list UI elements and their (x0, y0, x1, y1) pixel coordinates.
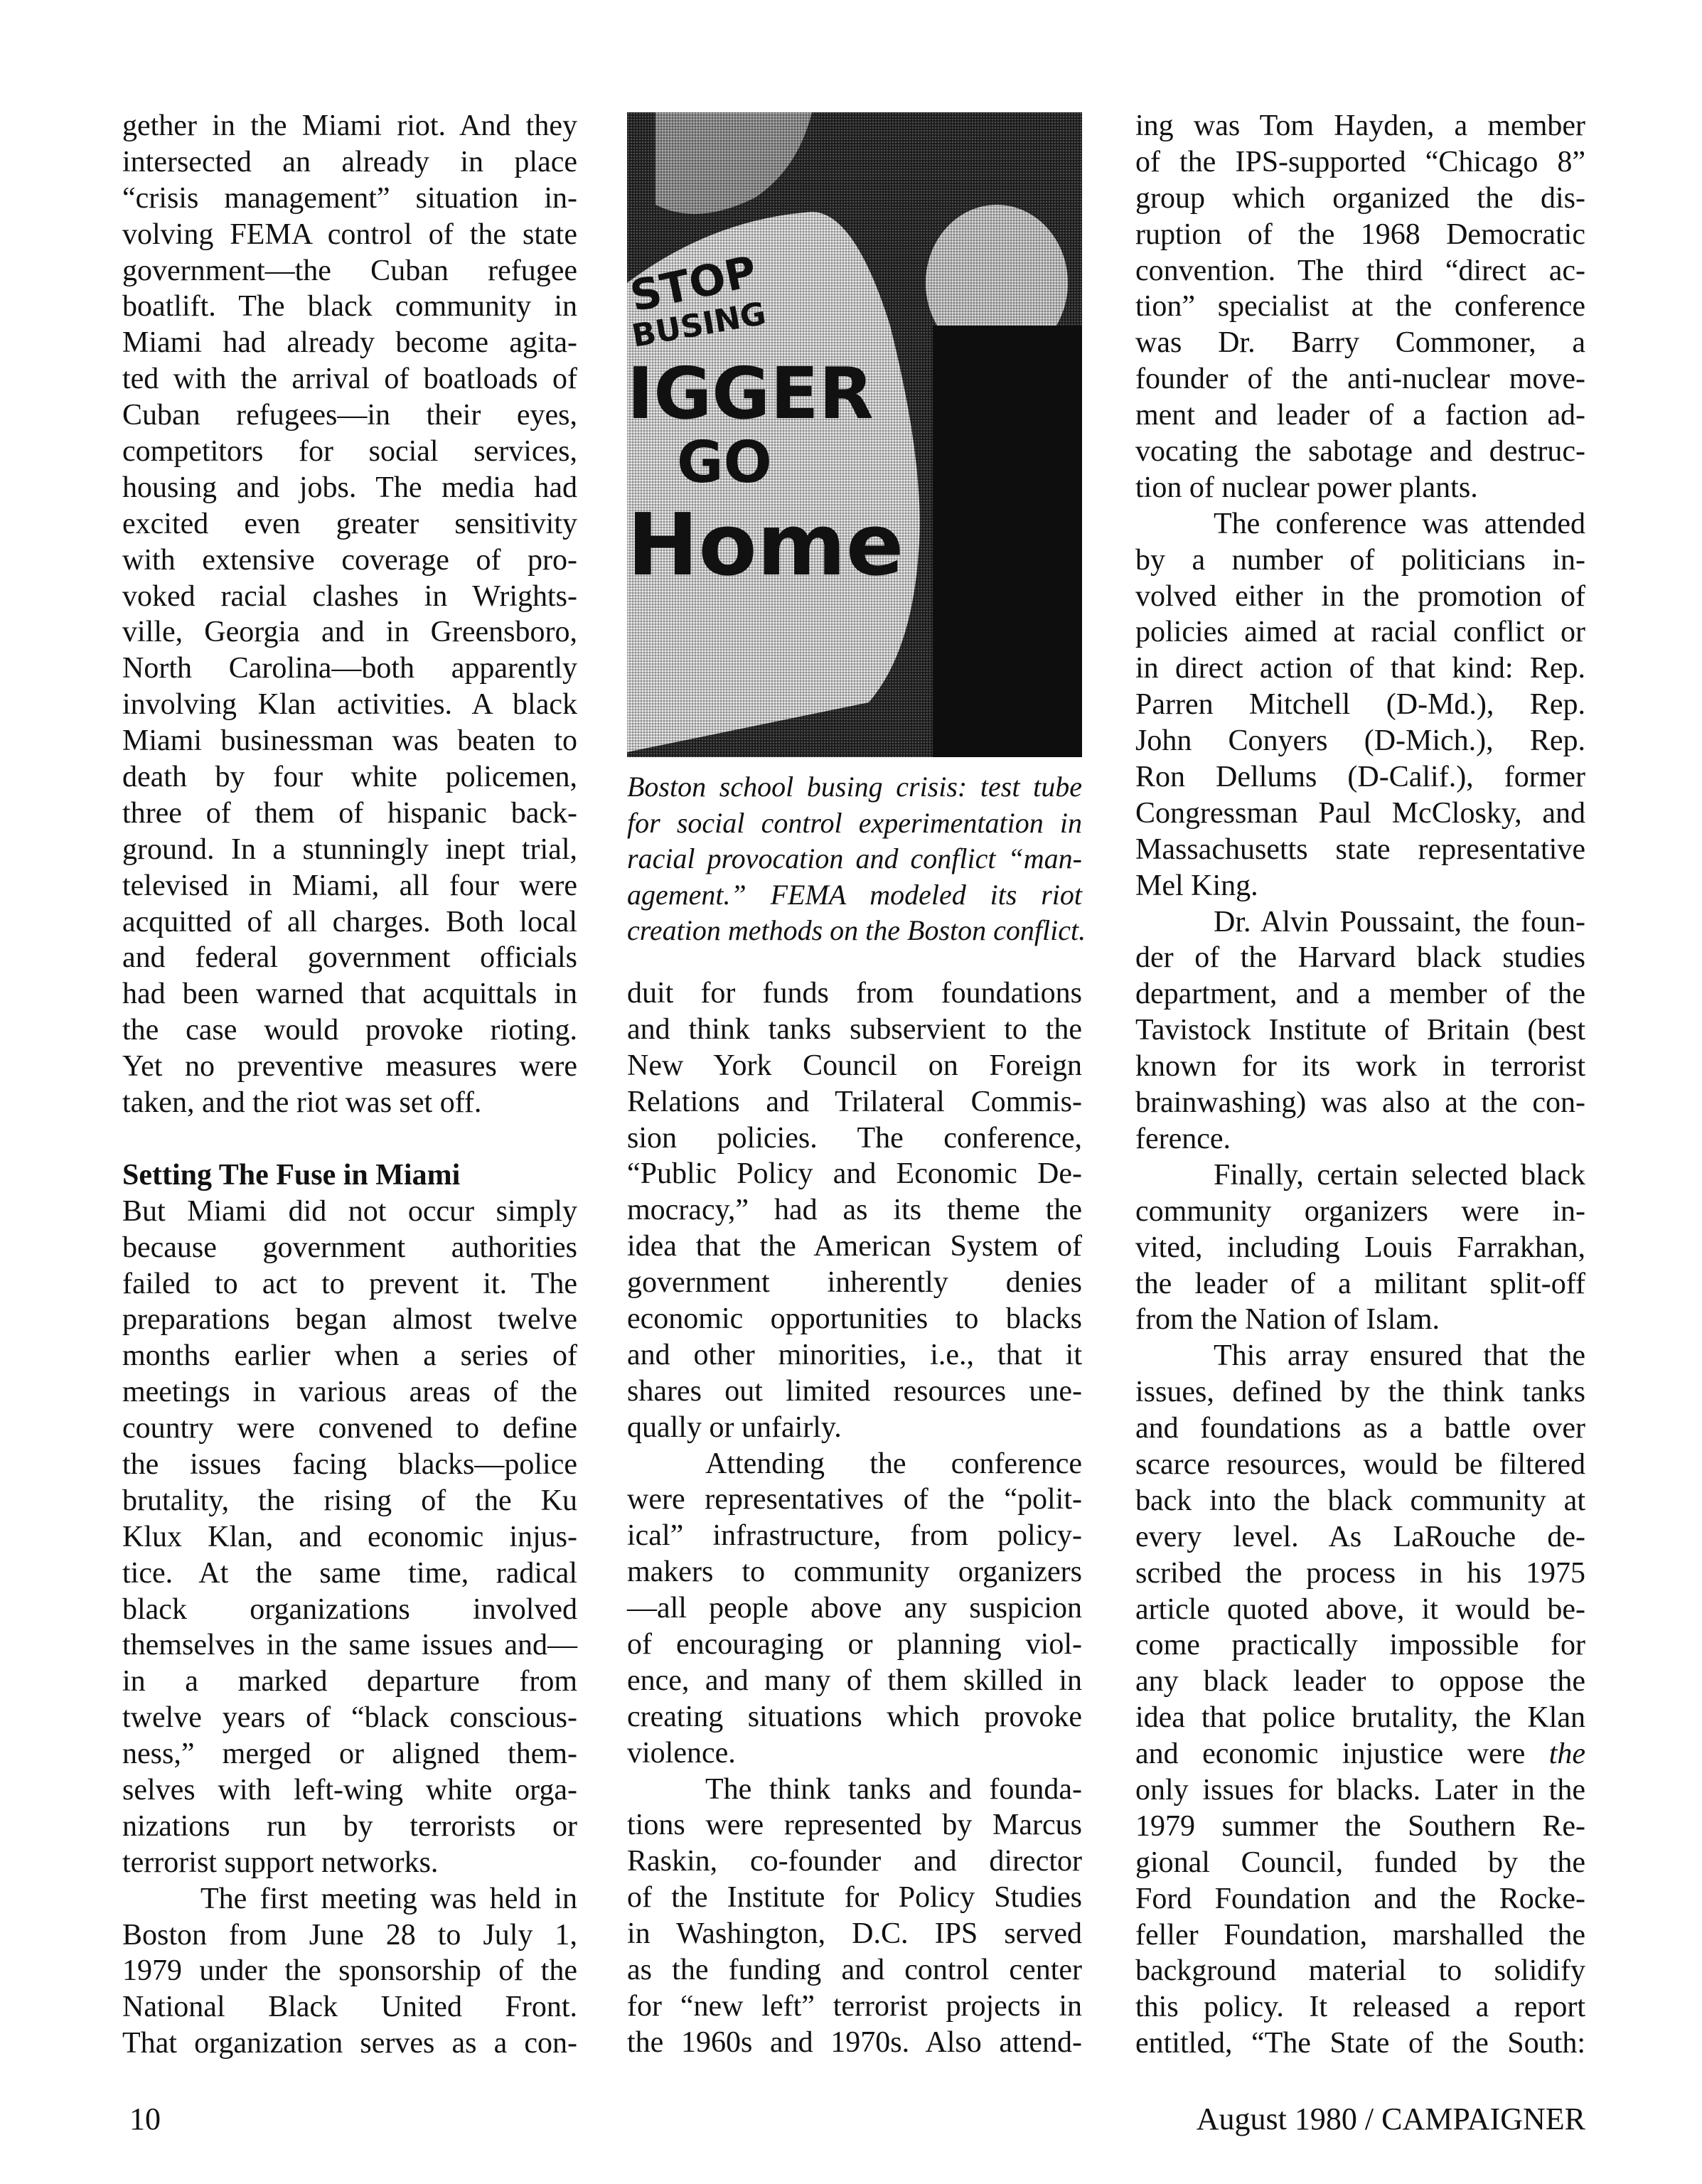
text-line: The think tanks and founda- (627, 1772, 1082, 1808)
text-line: competitors for social services, (122, 434, 577, 470)
text-line: preparations began almost twelve (122, 1302, 577, 1338)
text-line: volving FEMA control of the state (122, 217, 577, 253)
text-line: National Black United Front. (122, 1989, 577, 2025)
caption-line: for social control experimentation in (627, 805, 1082, 842)
text-line: ruption of the 1968 Democratic (1135, 217, 1585, 253)
text-line: feller Foundation, marshalled the (1135, 1917, 1585, 1954)
svg-text:GO: GO (677, 429, 772, 496)
text-line: scarce resources, would be filtered (1135, 1447, 1585, 1483)
text-line: by a number of politicians in- (1135, 542, 1585, 579)
svg-text:IGGER: IGGER (627, 352, 874, 435)
text-line: idea that police brutality, the Klan (1135, 1700, 1585, 1736)
text-line: in direct action of that kind: Rep. (1135, 651, 1585, 687)
text-line: duit for funds from foundations (627, 975, 1082, 1012)
article-column-left: gether in the Miami riot. And theyinters… (122, 108, 577, 2062)
caption-line: Boston school busing crisis: test tube (627, 769, 1082, 805)
text-line: ted with the arrival of boatloads of (122, 361, 577, 397)
text-line: entitled, “The State of the South: (1135, 2025, 1585, 2062)
halftone-photo-image: STOP BUSING IGGER GO Home (627, 112, 1082, 757)
text-line: three of them of hispanic back- (122, 796, 577, 832)
text-line: back into the black community at (1135, 1483, 1585, 1519)
text-line: and federal government officials (122, 940, 577, 976)
text-line: come practically impossible for (1135, 1627, 1585, 1664)
text-line: televised in Miami, all four were (122, 868, 577, 904)
text-line: vited, including Louis Farrakhan, (1135, 1230, 1585, 1266)
text-line: selves with left-wing white orga- (122, 1772, 577, 1809)
text-line: ical” infrastructure, from policy- (627, 1518, 1082, 1554)
text-line: article quoted above, it would be- (1135, 1592, 1585, 1628)
text-line: excited even greater sensitivity (122, 506, 577, 542)
text-line: But Miami did not occur simply (122, 1194, 577, 1230)
text-line: Ford Foundation and the Rocke- (1135, 1881, 1585, 1917)
text-line: Congressman Paul McClosky, and (1135, 796, 1585, 832)
text-line: ness,” merged or aligned them- (122, 1736, 577, 1772)
text-line: New York Council on Foreign (627, 1048, 1082, 1084)
text-line: vocating the sabotage and destruc- (1135, 434, 1585, 470)
text-line: had been warned that acquittals in (122, 976, 577, 1012)
text-line: brainwashing) was also at the con- (1135, 1085, 1585, 1121)
text-line: der of the Harvard black studies (1135, 940, 1585, 976)
text-line: as the funding and control center (627, 1952, 1082, 1988)
text-line: policies aimed at racial conflict or (1135, 614, 1585, 651)
text-line: Raskin, co-founder and director (627, 1843, 1082, 1880)
italic-emphasis: the (1549, 1738, 1585, 1770)
text-line: the issues facing blacks—police (122, 1447, 577, 1483)
text-line: issues, defined by the think tanks (1135, 1374, 1585, 1410)
text-line: founder of the anti-nuclear move- (1135, 361, 1585, 397)
text-line: Boston from June 28 to July 1, (122, 1917, 577, 1954)
text-line: terrorist support networks. (122, 1845, 577, 1881)
text-line: gether in the Miami riot. And they (122, 108, 577, 144)
text-line: scribed the process in his 1975 (1135, 1556, 1585, 1592)
text-line: Parren Mitchell (D-Md.), Rep. (1135, 687, 1585, 723)
text-line: sion policies. The conference, (627, 1120, 1082, 1157)
text-line: ing was Tom Hayden, a member (1135, 108, 1585, 144)
text-line: Miami had already become agita- (122, 325, 577, 361)
text-line: brutality, the rising of the Ku (122, 1483, 577, 1519)
text-line: Klux Klan, and economic injus- (122, 1519, 577, 1556)
text-line: ment and leader of a faction ad- (1135, 397, 1585, 434)
text-line: convention. The third “direct ac- (1135, 253, 1585, 289)
text-line: department, and a member of the (1135, 976, 1585, 1012)
text-line: 1979 under the sponsorship of the (122, 1953, 577, 1989)
text-line: the case would provoke rioting. (122, 1012, 577, 1049)
text-line: The first meeting was held in (122, 1881, 577, 1917)
text-line: tions were represented by Marcus (627, 1807, 1082, 1843)
text-line: Finally, certain selected black (1135, 1157, 1585, 1194)
text-line: and economic injustice were the (1135, 1736, 1585, 1772)
text-line: every level. As LaRouche de- (1135, 1519, 1585, 1556)
text-line: background material to solidify (1135, 1953, 1585, 1989)
text-line: Yet no preventive measures were (122, 1049, 577, 1085)
caption-line: racial provocation and conflict “man- (627, 841, 1082, 877)
text-line: in Washington, D.C. IPS served (627, 1916, 1082, 1952)
article-column-middle: duit for funds from foundationsand think… (627, 975, 1082, 2061)
text-line: Miami businessman was beaten to (122, 723, 577, 759)
text-line: community organizers were in- (1135, 1194, 1585, 1230)
text-line: Cuban refugees—in their eyes, (122, 397, 577, 434)
text-line: themselves in the same issues and— (122, 1627, 577, 1664)
text-line: of encouraging or planning viol- (627, 1627, 1082, 1663)
text-line: “crisis management” situation in- (122, 181, 577, 217)
text-line: Mel King. (1135, 868, 1585, 904)
text-line: this policy. It released a report (1135, 1989, 1585, 2025)
text-line: government inherently denies (627, 1265, 1082, 1301)
text-line: any black leader to oppose the (1135, 1664, 1585, 1700)
page-number: 10 (129, 2101, 161, 2137)
photo-caption: Boston school busing crisis: test tubefo… (627, 769, 1082, 949)
text-line: 1979 summer the Southern Re- (1135, 1809, 1585, 1845)
issue-footer: August 1980 / CAMPAIGNER (1197, 2101, 1585, 2137)
text-line: the 1960s and 1970s. Also attend- (627, 2025, 1082, 2061)
text-line: boatlift. The black community in (122, 289, 577, 325)
text-line: ground. In a stunningly inept trial, (122, 832, 577, 868)
text-line: Tavistock Institute of Britain (best (1135, 1012, 1585, 1049)
caption-line: agement.” FEMA modeled its riot (627, 877, 1082, 914)
text-line: from the Nation of Islam. (1135, 1302, 1585, 1338)
text-line: economic opportunities to blacks (627, 1301, 1082, 1337)
text-line: the leader of a militant split-off (1135, 1266, 1585, 1302)
text-line: ference. (1135, 1121, 1585, 1157)
text-line: makers to community organizers (627, 1554, 1082, 1590)
text-line: country were convened to define (122, 1410, 577, 1447)
text-line: tice. At the same time, radical (122, 1556, 577, 1592)
text-line: “Public Policy and Economic De- (627, 1156, 1082, 1192)
text-line: tion of nuclear power plants. (1135, 470, 1585, 506)
text-line: shares out limited resources une- (627, 1374, 1082, 1410)
text-line: ville, Georgia and in Greensboro, (122, 614, 577, 651)
text-line: and other minorities, i.e., that it (627, 1337, 1082, 1374)
text-line: intersected an already in place (122, 144, 577, 181)
text-line: nizations run by terrorists or (122, 1809, 577, 1845)
text-line: violence. (627, 1735, 1082, 1772)
caption-line: creation methods on the Boston conflict. (627, 913, 1082, 949)
text-line: because government authorities (122, 1230, 577, 1266)
text-line: The conference was attended (1135, 506, 1585, 542)
text-line: volved either in the promotion of (1135, 579, 1585, 615)
text-line: —all people above any suspicion (627, 1590, 1082, 1627)
text-line: and foundations as a battle over (1135, 1410, 1585, 1447)
text-line: Ron Dellums (D-Calif.), former (1135, 759, 1585, 796)
text-line: housing and jobs. The media had (122, 470, 577, 506)
text-line: only issues for blacks. Later in the (1135, 1772, 1585, 1809)
text-line: idea that the American System of (627, 1228, 1082, 1265)
text-line: mocracy,” had as its theme the (627, 1192, 1082, 1228)
section-gap (122, 1121, 577, 1157)
text-line: government—the Cuban refugee (122, 253, 577, 289)
text-line: known for its work in terrorist (1135, 1049, 1585, 1085)
article-column-right: ing was Tom Hayden, a memberof the IPS-s… (1135, 108, 1585, 2062)
text-line: Attending the conference (627, 1446, 1082, 1482)
boston-busing-photo: STOP BUSING IGGER GO Home (627, 112, 1082, 757)
text-line: and think tanks subservient to the (627, 1012, 1082, 1048)
text-line: gional Council, funded by the (1135, 1845, 1585, 1881)
text-line: qually or unfairly. (627, 1410, 1082, 1446)
text-line: death by four white policemen, (122, 759, 577, 796)
text-line: acquitted of all charges. Both local (122, 904, 577, 941)
text-line: of the Institute for Policy Studies (627, 1880, 1082, 1916)
text-line: of the IPS-supported “Chicago 8” (1135, 144, 1585, 181)
text-line: Massachusetts state representative (1135, 832, 1585, 868)
text-line: for “new left” terrorist projects in (627, 1988, 1082, 2025)
section-heading: Setting The Fuse in Miami (122, 1157, 577, 1194)
text-line: This array ensured that the (1135, 1338, 1585, 1374)
text-line: group which organized the dis- (1135, 181, 1585, 217)
text-line: taken, and the riot was set off. (122, 1085, 577, 1121)
text-line: meetings in various areas of the (122, 1374, 577, 1410)
svg-text:Home: Home (627, 496, 904, 595)
text-line: months earlier when a series of (122, 1338, 577, 1374)
text-line: tion” specialist at the conference (1135, 289, 1585, 325)
text-line: were representatives of the “polit- (627, 1482, 1082, 1518)
text-line: North Carolina—both apparently (122, 651, 577, 687)
text-line: involving Klan activities. A black (122, 687, 577, 723)
text-line: black organizations involved (122, 1592, 577, 1628)
text-line: voked racial clashes in Wrights- (122, 579, 577, 615)
text-line: was Dr. Barry Commoner, a (1135, 325, 1585, 361)
text-line: John Conyers (D-Mich.), Rep. (1135, 723, 1585, 759)
text-line: creating situations which provoke (627, 1699, 1082, 1735)
text-line: Relations and Trilateral Commis- (627, 1084, 1082, 1120)
text-line: twelve years of “black conscious- (122, 1700, 577, 1736)
text-line: with extensive coverage of pro- (122, 542, 577, 579)
text-line: Dr. Alvin Poussaint, the foun- (1135, 904, 1585, 941)
text-line: in a marked departure from (122, 1664, 577, 1700)
text-line: failed to act to prevent it. The (122, 1266, 577, 1302)
text-line: That organization serves as a con- (122, 2025, 577, 2062)
text-line: ence, and many of them skilled in (627, 1663, 1082, 1699)
